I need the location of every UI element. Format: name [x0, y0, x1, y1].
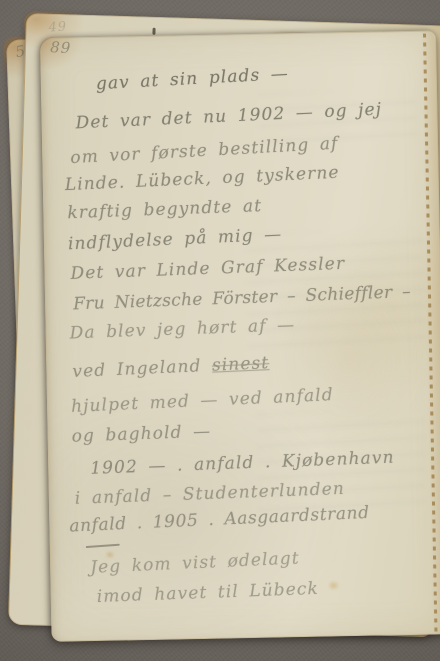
handwritten-line: Jeg kom vist ødelagt: [90, 548, 300, 577]
handwritten-line: og baghold —: [71, 422, 211, 447]
handwritten-line: Linde. Lübeck, og tyskerne: [64, 163, 340, 195]
dirt-speck: [152, 28, 155, 35]
page-number: 89: [50, 38, 72, 57]
notebook-page: 89 gav at sin plads — Det var det nu 190…: [40, 30, 440, 641]
handwritten-line: kraftig begyndte at: [67, 196, 262, 223]
handwritten-line: gav at sin plads —: [95, 64, 289, 94]
pencil-dash-rule: [86, 544, 120, 548]
struck-word: sinest: [212, 353, 270, 376]
handwritten-line: om vor første bestilling af: [70, 134, 339, 168]
handwritten-text: ved Ingeland: [72, 356, 212, 382]
handwritten-line: imod havet til Lübeck: [96, 579, 319, 607]
photo-background: 59 49 89 gav at sin plads — Det var det …: [0, 0, 440, 661]
handwritten-line: ved Ingeland sinest: [72, 353, 270, 382]
handwritten-line: anfald . 1905 . Aasgaardstrand: [69, 503, 370, 537]
foxing-stain: [327, 580, 339, 590]
page-number-under-top: 49: [48, 19, 68, 35]
